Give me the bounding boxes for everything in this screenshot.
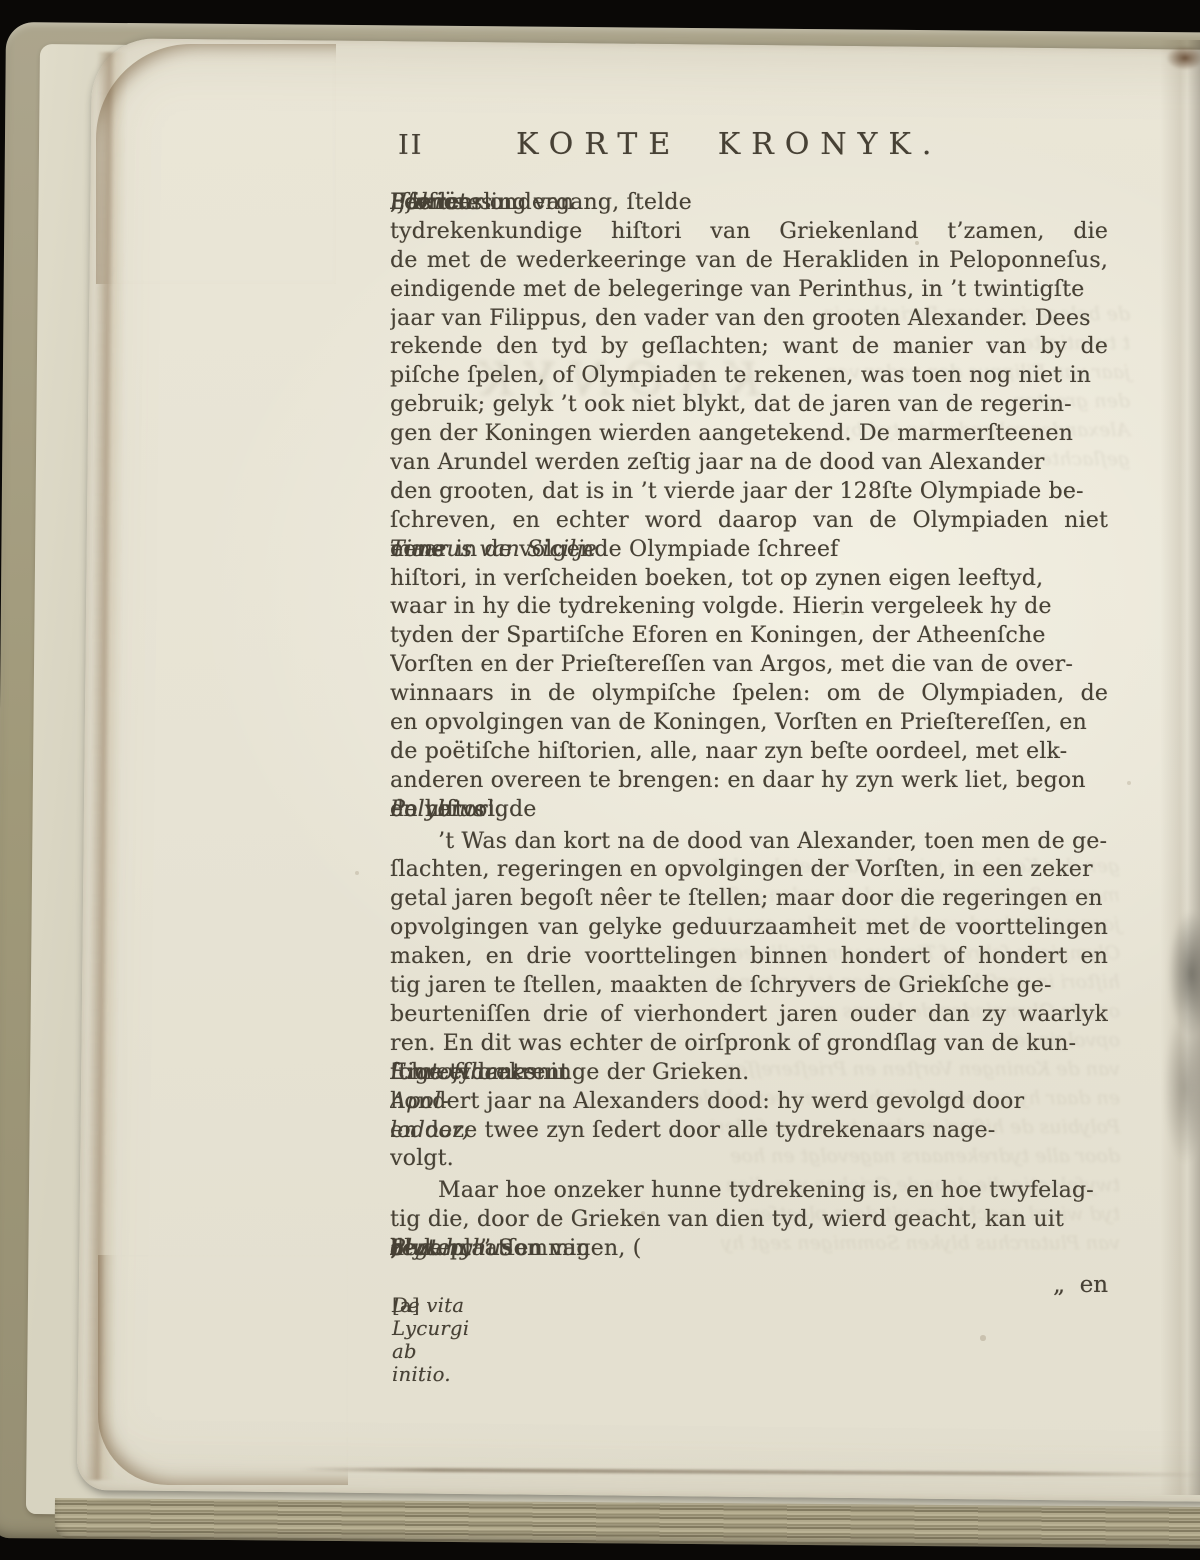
text-line: jaar van Filippus, den vader van den gro… [390, 305, 1108, 334]
paragraph: Perſiëns ondergang, ſtelde Eforus, de le… [390, 189, 1108, 825]
ink-smudge [1146, 878, 1200, 1178]
text-line: opvolgingen van gelyke geduurzaamheit me… [390, 914, 1108, 943]
text-line: Perſiëns ondergang, ſtelde Eforus, de le… [390, 189, 1108, 218]
text-line: van Arundel werden zeſtig jaar na de doo… [390, 449, 1108, 478]
text-line: ſchreven, en echter word daarop van de O… [390, 507, 1108, 536]
page-corner-shadow-bottom [98, 1255, 348, 1485]
text-line: getal jaren begoſt nêer te ſtellen; maar… [390, 885, 1108, 914]
text-line: en opvolgingen van de Koningen, Vorſten … [390, 709, 1108, 738]
text-line: tyden der Spartiſche Eforen en Koningen,… [390, 622, 1108, 651]
paragraph: Maar hoe onzeker hunne tydrekening is, e… [390, 1177, 1108, 1264]
text-line: Maar hoe onzeker hunne tydrekening is, e… [390, 1177, 1108, 1206]
text-line: beurteniſſen drie of vierhondert jaren o… [390, 1001, 1108, 1030]
stain-spot [1166, 46, 1200, 70]
text-line: ren. En dit was echter de oirſpronk of g… [390, 1030, 1108, 1059]
text-line: hiſtori, in verſcheiden boeken, tot op z… [390, 565, 1108, 594]
text-line: de poëtiſche hiſtorien, alle, naar zyn b… [390, 738, 1108, 767]
catchword: „ en [908, 1272, 1108, 1298]
text-line: tig die, door de Grieken van dien tyd, w… [390, 1206, 1108, 1235]
text-line: ſtige tydrekeninge der Grieken. Eratoſth… [390, 1059, 1108, 1088]
text-line: ’t Was dan kort na de dood van Alexander… [390, 828, 1108, 857]
page-corner-shadow-top [96, 44, 336, 284]
text-line: lodoor; en deze twee zyn ſedert door all… [390, 1117, 1108, 1146]
text-line: eindigende met de belegeringe van Perint… [390, 276, 1108, 305]
page-number: II [398, 130, 423, 161]
paragraph: ’t Was dan kort na de dood van Alexander… [390, 828, 1108, 1175]
text-line: gebruik; gelyk ’t ook niet blykt, dat de… [390, 391, 1108, 420]
text-line: maken, en drie voorttelingen binnen hond… [390, 943, 1108, 972]
page-right-shadow [1160, 40, 1200, 1495]
text-line: hondert jaar na Alexanders dood: hy werd… [390, 1088, 1108, 1117]
text-line: Vorſten en der Prieſtereſſen van Argos, … [390, 651, 1108, 680]
text-line: gen der Koningen wierden aangetekend. De… [390, 420, 1108, 449]
paper-speckles [0, 0, 2, 2]
text-line: den grooten, dat is in ’t vierde jaar de… [390, 478, 1108, 507]
text-line: maar in de volgende Olympiade ſchreef Ti… [390, 536, 1108, 565]
text-line: en vervolgde Polybius de hiſtori. [390, 796, 1108, 825]
text-line: deze plaatſen van Plutarchus blyken. ” S… [390, 1235, 1108, 1264]
book-scan: KRONYK de belegeringe van Perinthus in t… [0, 0, 1200, 1560]
text-line: winnaars in de olympiſche ſpelen: om de … [390, 680, 1108, 709]
text-line: waar in hy die tydrekening volgde. Hieri… [390, 593, 1108, 622]
text-line: rekende den tyd by geſlachten; want de m… [390, 333, 1108, 362]
text-line: anderen overeen te brengen: en daar hy z… [390, 767, 1108, 796]
text-line: de met de wederkeeringe van de Heraklide… [390, 247, 1108, 276]
printed-text-layer: II KORTE KRONYK. Perſiëns ondergang, ſte… [390, 0, 1110, 1560]
text-line: ſlachten, regeringen en opvolgingen der … [390, 856, 1108, 885]
running-title: KORTE KRONYK. [516, 127, 942, 162]
text-line: tig jaren te ſtellen, maakten de ſchryve… [390, 972, 1108, 1001]
text-line: volgt. [390, 1145, 1108, 1174]
page-body-text: Perſiëns ondergang, ſtelde Eforus, de le… [390, 186, 1108, 1264]
text-line: piſche ſpelen, of Olympiaden te rekenen,… [390, 362, 1108, 391]
text-line: tydrekenkundige hiſtori van Griekenland … [390, 218, 1108, 247]
